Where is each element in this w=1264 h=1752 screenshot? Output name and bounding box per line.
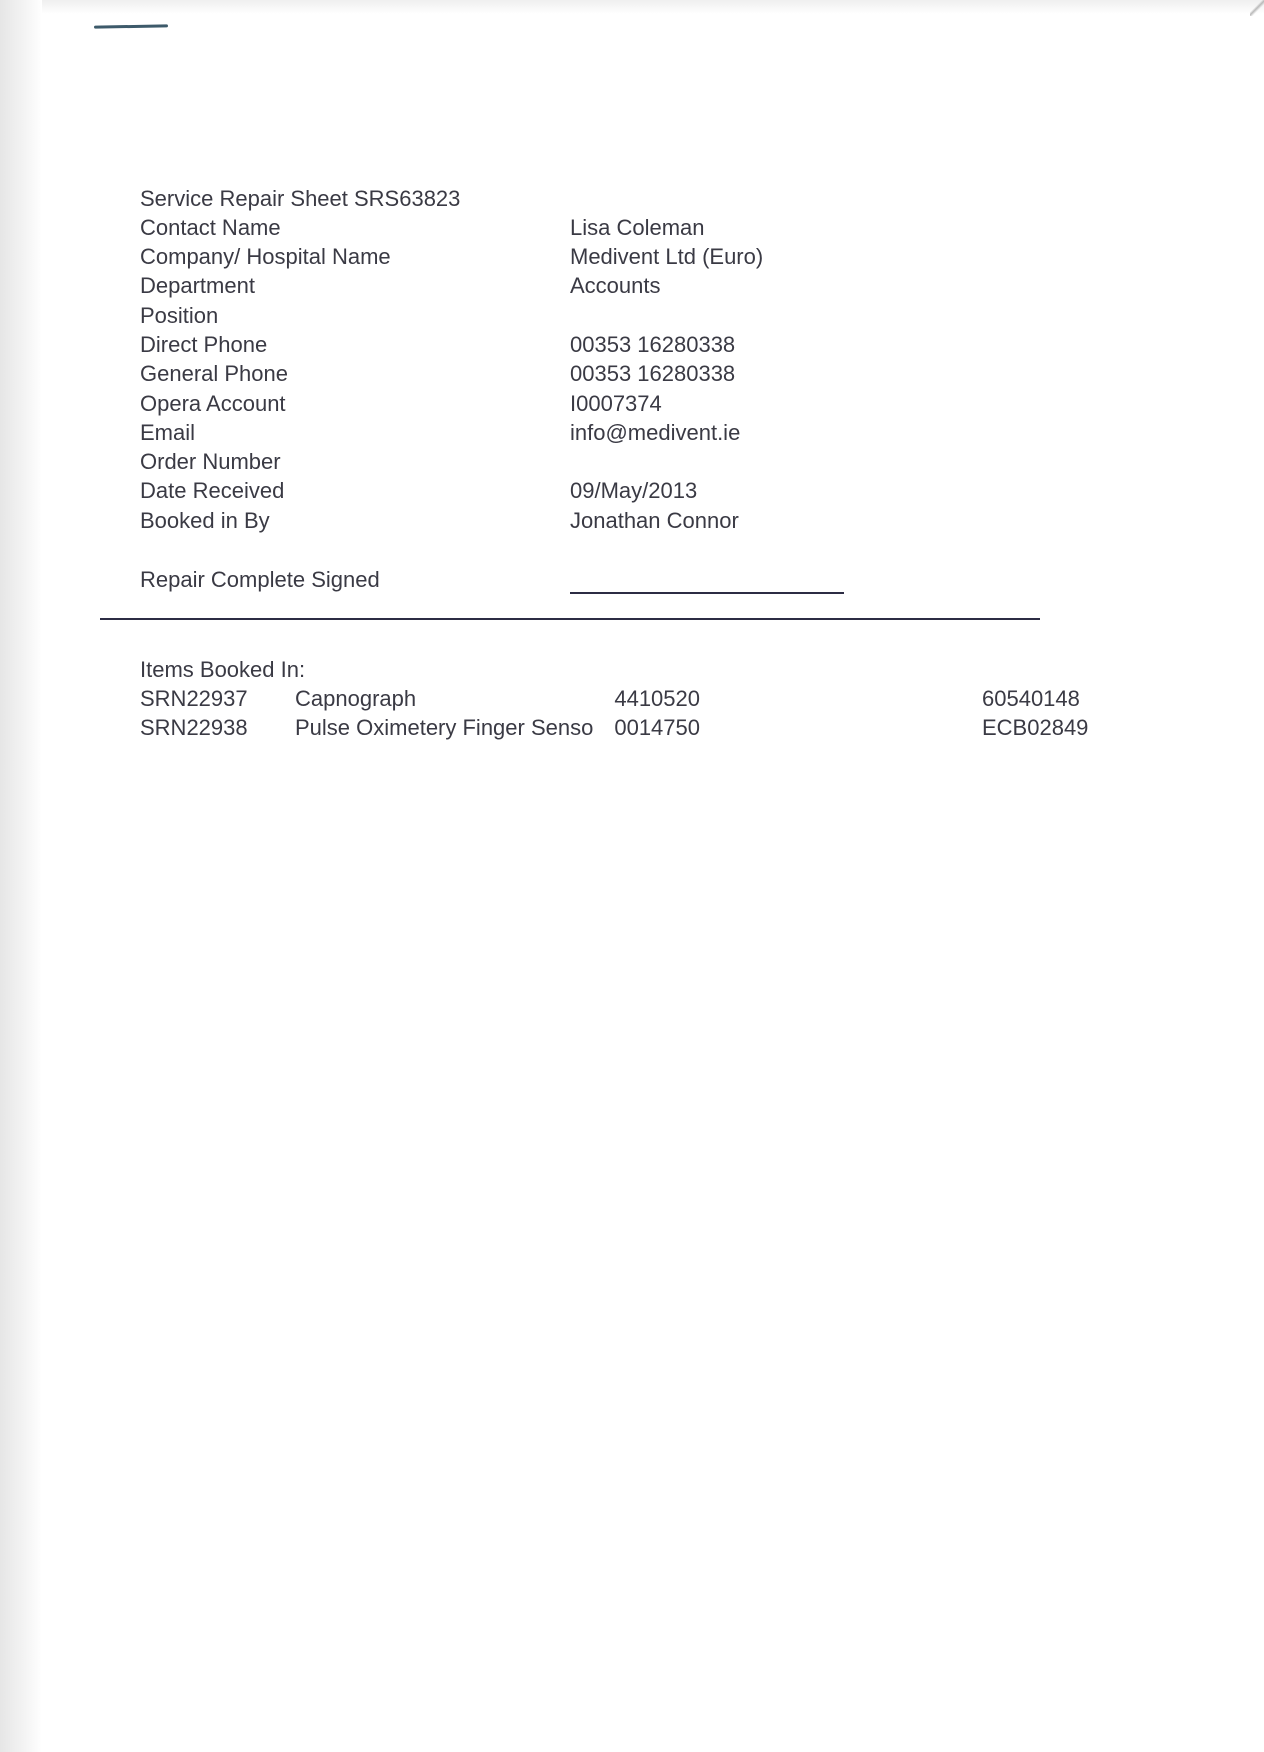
- scan-shadow-left: [0, 0, 42, 1752]
- item-serial: 4410520: [560, 686, 700, 712]
- scan-shadow-top: [42, 0, 1264, 14]
- field-label-position: Position: [140, 303, 218, 329]
- field-label-order-number: Order Number: [140, 449, 281, 475]
- field-value-date-received: 09/May/2013: [570, 478, 697, 504]
- field-label-email: Email: [140, 420, 195, 446]
- field-label-contact-name: Contact Name: [140, 215, 281, 241]
- item-srn: SRN22938: [140, 715, 248, 741]
- item-srn: SRN22937: [140, 686, 248, 712]
- item-description: Capnograph: [295, 686, 416, 712]
- item-description: Pulse Oximetery Finger Senso: [295, 715, 593, 741]
- field-label-general-phone: General Phone: [140, 361, 288, 387]
- signature-label: Repair Complete Signed: [140, 567, 380, 593]
- item-ref: ECB02849: [982, 715, 1088, 741]
- field-value-general-phone: 00353 16280338: [570, 361, 735, 387]
- field-value-direct-phone: 00353 16280338: [570, 332, 735, 358]
- field-label-opera-account: Opera Account: [140, 391, 286, 417]
- field-value-opera-account: I0007374: [570, 391, 662, 417]
- field-label-booked-in-by: Booked in By: [140, 508, 270, 534]
- corner-fold-mark: [1250, 0, 1264, 16]
- sheet-title: Service Repair Sheet SRS63823: [140, 186, 460, 212]
- items-heading: Items Booked In:: [140, 657, 305, 683]
- field-label-date-received: Date Received: [140, 478, 284, 504]
- field-value-booked-in-by: Jonathan Connor: [570, 508, 739, 534]
- field-value-company: Medivent Ltd (Euro): [570, 244, 763, 270]
- field-value-department: Accounts: [570, 273, 661, 299]
- signature-line: [570, 592, 844, 594]
- field-label-company: Company/ Hospital Name: [140, 244, 391, 270]
- field-value-contact-name: Lisa Coleman: [570, 215, 705, 241]
- field-label-direct-phone: Direct Phone: [140, 332, 267, 358]
- pen-mark: [94, 24, 168, 28]
- item-ref: 60540148: [982, 686, 1080, 712]
- field-label-department: Department: [140, 273, 255, 299]
- item-serial: 0014750: [560, 715, 700, 741]
- section-divider: [100, 618, 1040, 620]
- field-value-email: info@medivent.ie: [570, 420, 740, 446]
